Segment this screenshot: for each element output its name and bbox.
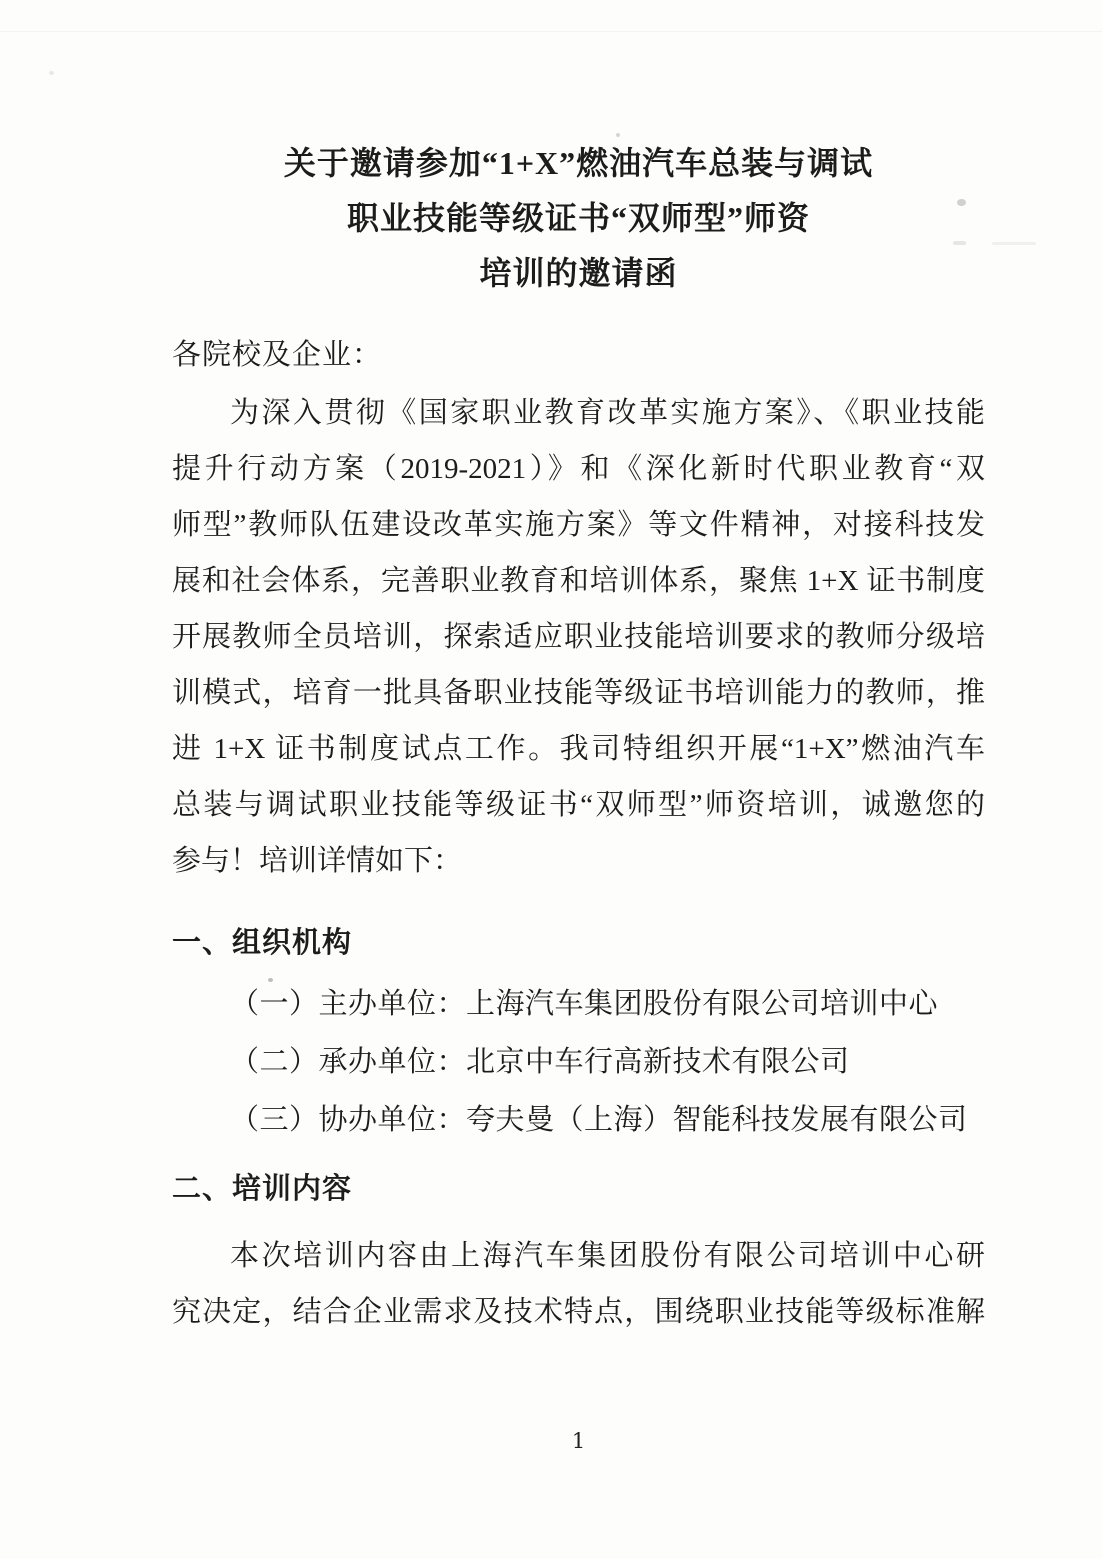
- section-1-heading: 一、组织机构: [172, 915, 985, 971]
- organizer-undertaker: （二）承办单位：北京中车行高新技术有限公司: [172, 1033, 985, 1091]
- title-line-3: 培训的邀请函: [172, 246, 985, 301]
- scan-artifact: [992, 242, 1036, 245]
- section-2-heading: 二、培训内容: [172, 1161, 985, 1217]
- intro-line: 进 1+X 证书制度试点工作。我司特组织开展“1+X”燃油汽车: [172, 721, 985, 777]
- intro-line: 师型”教师队伍建设改革实施方案》等文件精神，对接科技发: [172, 497, 985, 553]
- document-page: 关于邀请参加“1+X”燃油汽车总装与调试 职业技能等级证书“双师型”师资 培训的…: [0, 0, 1102, 1559]
- organizer-list: （一）主办单位：上海汽车集团股份有限公司培训中心 （二）承办单位：北京中车行高新…: [172, 975, 985, 1149]
- scan-artifact-band: [0, 31, 1102, 32]
- page-number: 1: [172, 1429, 985, 1453]
- scan-artifact: [616, 133, 620, 137]
- organizer-co-organizer: （三）协办单位：夸夫曼（上海）智能科技发展有限公司: [172, 1091, 985, 1149]
- scan-artifact: [957, 199, 966, 206]
- scan-artifact: [953, 241, 966, 245]
- salutation: 各院校及企业：: [172, 327, 985, 383]
- title-line-2: 职业技能等级证书“双师型”师资: [172, 191, 985, 246]
- content-line: 本次培训内容由上海汽车集团股份有限公司培训中心研: [172, 1228, 985, 1284]
- intro-line: 总装与调试职业技能等级证书“双师型”师资培训，诚邀您的: [172, 777, 985, 833]
- intro-line: 提升行动方案（2019-2021）》和《深化新时代职业教育“双: [172, 441, 985, 497]
- training-content-paragraph: 本次培训内容由上海汽车集团股份有限公司培训中心研 究决定，结合企业需求及技术特点…: [172, 1228, 985, 1340]
- content-line: 究决定，结合企业需求及技术特点，围绕职业技能等级标准解: [172, 1284, 985, 1340]
- scan-artifact: [49, 71, 54, 75]
- intro-line: 为深入贯彻《国家职业教育改革实施方案》、《职业技能: [172, 385, 985, 441]
- intro-line: 开展教师全员培训，探索适应职业技能培训要求的教师分级培: [172, 609, 985, 665]
- intro-line: 参与！培训详情如下：: [172, 833, 985, 889]
- intro-paragraph: 为深入贯彻《国家职业教育改革实施方案》、《职业技能 提升行动方案（2019-20…: [172, 385, 985, 889]
- scan-artifact: [268, 978, 273, 982]
- title-line-1: 关于邀请参加“1+X”燃油汽车总装与调试: [172, 136, 985, 191]
- intro-line: 训模式，培育一批具备职业技能等级证书培训能力的教师，推: [172, 665, 985, 721]
- organizer-host: （一）主办单位：上海汽车集团股份有限公司培训中心: [172, 975, 985, 1033]
- intro-line: 展和社会体系，完善职业教育和培训体系，聚焦 1+X 证书制度: [172, 553, 985, 609]
- document-title: 关于邀请参加“1+X”燃油汽车总装与调试 职业技能等级证书“双师型”师资 培训的…: [172, 136, 985, 301]
